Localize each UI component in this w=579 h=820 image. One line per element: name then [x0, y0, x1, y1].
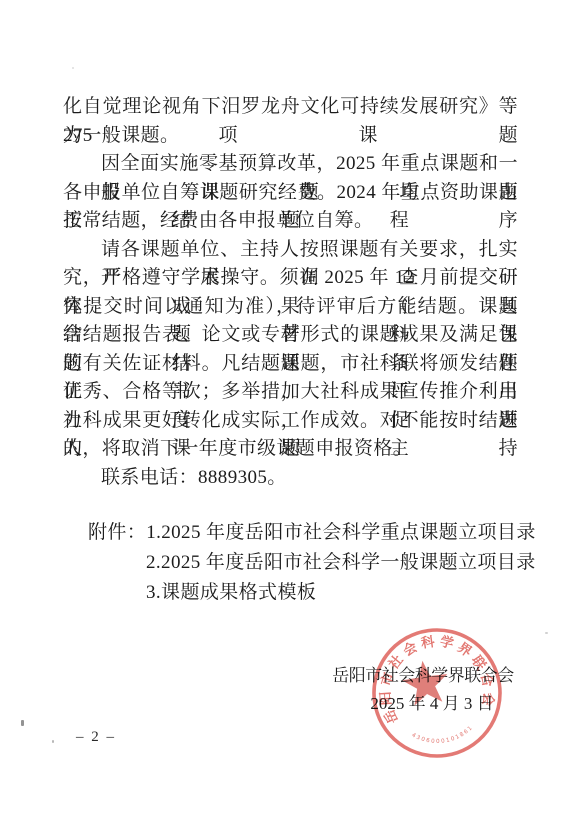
- attachment-row: 3.课题成果格式模板: [146, 578, 528, 608]
- contact-phone-line: 联系电话：8889305。: [63, 464, 518, 493]
- scan-speck: [21, 720, 24, 726]
- page-number: – 2 –: [58, 727, 134, 747]
- attachment-row: 2.2025 年度岳阳市社会科学一般课题立项目录: [146, 548, 528, 578]
- paragraph-line: 因全面实施零基预算改革，2025 年重点课题和一般课题均由: [63, 150, 518, 179]
- attachment-item: 1.2025 年度岳阳市社会科学重点课题立项目录: [146, 522, 536, 543]
- attachment-item: 3.课题成果格式模板: [146, 582, 316, 603]
- attachments-block: 附件：1.2025 年度岳阳市社会科学重点课题立项目录 2.2025 年度岳阳市…: [88, 518, 528, 608]
- seal-code: 4306000101861: [410, 724, 477, 749]
- paragraph-line: 究，严格遵守学术操守。须在 2025 年 12 月前提交研究成果（具: [63, 264, 518, 293]
- paragraph-line: 含结题报告表、论文或专著形式的课题成果及满足课题结题条件: [63, 321, 518, 350]
- attachment-item: 2.2025 年度岳阳市社会科学一般课题立项目录: [146, 552, 536, 573]
- scan-speck: [52, 740, 54, 743]
- signature-date: 2025 年 4 月 3 日: [332, 693, 532, 714]
- paragraph-line: 请各课题单位、主持人按照课题有关要求，扎实开展调查研: [63, 236, 518, 265]
- body-text: 化自觉理论视角下汨罗龙舟文化可持续发展研究》等 275 项课题 为一般课题。 因…: [63, 93, 518, 492]
- paragraph-line: 体提交时间以通知为准），待评审后方能结题。课题结题材料包: [63, 293, 518, 322]
- document-page: 化自觉理论视角下汨罗龙舟文化可持续发展研究》等 275 项课题 为一般课题。 因…: [0, 0, 579, 820]
- paragraph-line: 社科成果更好转化成实际工作成效。对不能按时结题的课题主持: [63, 407, 518, 436]
- paragraph-line: 各申报单位自筹课题研究经费。2024 年重点资助课题按结题程序: [63, 179, 518, 208]
- svg-text:4306000101861: 4306000101861: [410, 724, 477, 749]
- attachment-row: 附件：1.2025 年度岳阳市社会科学重点课题立项目录: [88, 518, 528, 548]
- paragraph-line: 化自觉理论视角下汨罗龙舟文化可持续发展研究》等 275 项课题: [63, 93, 518, 122]
- attachments-label: 附件：: [88, 522, 146, 543]
- scan-speck: [72, 67, 74, 69]
- paragraph-line: 优秀、合格等次；多举措加大社科成果宣传推介利用力度，促进: [63, 378, 518, 407]
- paragraph-line: 的有关佐证材料。凡结题课题，市社科联将颁发结题证书，评出: [63, 350, 518, 379]
- scan-speck: [545, 632, 548, 634]
- signature-org: 岳阳市社会科学界联合会: [323, 665, 523, 686]
